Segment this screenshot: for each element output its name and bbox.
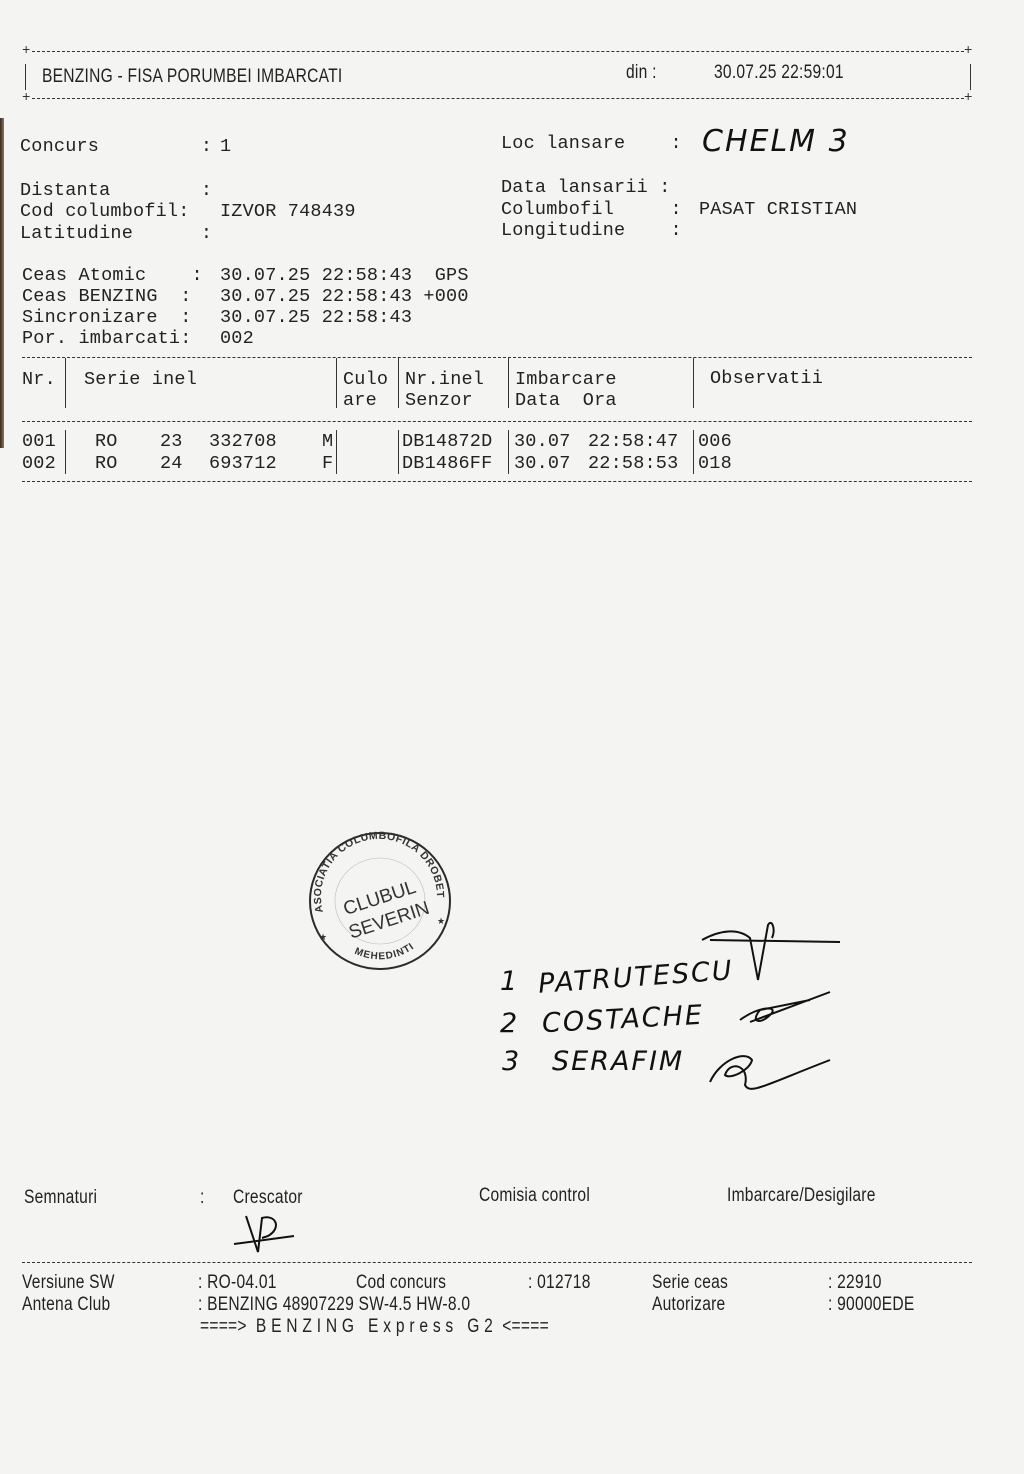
cell-sex: M [322, 431, 333, 453]
header-left-border [25, 64, 26, 90]
loc-lansare-label: Loc lansare : [501, 133, 682, 155]
cell-data: 30.07 [514, 453, 571, 475]
document-title: BENZING - FISA PORUMBEI IMBARCATI [42, 66, 342, 88]
col-sep [398, 358, 399, 408]
cod-columbofil-label: Cod columbofil: [20, 201, 190, 223]
concurs-label: Concurs : [20, 136, 212, 158]
hw-name-serafim: SERAFIM [552, 1046, 684, 1077]
col-sep [65, 358, 66, 408]
col-header-nr-inel: Nr.inel [405, 369, 484, 391]
longitudine-label: Longitudine : [501, 220, 682, 242]
svg-text:★: ★ [437, 916, 445, 926]
semnaturi-separator: : [200, 1187, 205, 1209]
loc-lansare-handwritten: CHELM 3 [702, 124, 850, 159]
concurs-value: 1 [220, 136, 231, 158]
cell-year: 23 [160, 431, 183, 453]
ceas-benzing-value: 30.07.25 22:58:43 +000 [220, 286, 469, 308]
cell-country: RO [95, 431, 118, 453]
cod-columbofil-value: IZVOR 748439 [220, 201, 356, 223]
col-header-senzor: Senzor [405, 390, 473, 412]
col-header-nr: Nr. [22, 369, 56, 391]
print-date: 30.07.25 22:59:01 [714, 62, 844, 84]
paper-edge [0, 118, 4, 448]
por-imbarcati-label: Por. imbarcati: [22, 328, 192, 350]
antena-club-value: : BENZING 48907229 SW-4.5 HW-8.0 [198, 1294, 470, 1316]
cell-year: 24 [160, 453, 183, 475]
ceas-atomic-label: Ceas Atomic : [22, 265, 203, 287]
crescator-signature [228, 1212, 308, 1262]
col-header-serie-inel: Serie inel [84, 369, 197, 391]
header-top-border [32, 51, 964, 52]
box-corner: + [22, 44, 30, 58]
svg-text:MEHEDINTI: MEHEDINTI [353, 941, 417, 962]
box-corner: + [964, 91, 972, 105]
por-imbarcati-value: 002 [220, 328, 254, 350]
commission-signatures [690, 910, 850, 1100]
club-stamp: ASOCIATIA COLUMBOFILA DROBETA MEHEDINTI … [305, 828, 455, 974]
cell-observatii: 018 [698, 453, 732, 475]
cell-country: RO [95, 453, 118, 475]
benzing-express-banner: ====> B E N Z I N G E x p r e s s G 2 <=… [200, 1316, 549, 1338]
cell-ora: 22:58:53 [588, 453, 678, 475]
hw-name-costache: COSTACHE [541, 1000, 704, 1039]
col-header-culoare-2: are [343, 390, 377, 412]
cell-nr: 002 [22, 453, 56, 475]
col-header-observatii: Observatii [710, 368, 823, 390]
cell-senzor: DB1486FF [402, 453, 492, 475]
table-top-border [22, 357, 972, 358]
sincronizare-label: Sincronizare : [22, 307, 192, 329]
cell-senzor: DB14872D [402, 431, 492, 453]
columbofil-value: PASAT CRISTIAN [699, 199, 857, 221]
crescator-label: Crescator [233, 1187, 303, 1209]
autorizare-label: Autorizare [652, 1294, 725, 1316]
serie-ceas-label: Serie ceas [652, 1272, 728, 1294]
cell-ring: 693712 [209, 453, 277, 475]
versiune-sw-label: Versiune SW [22, 1272, 115, 1294]
semnaturi-label: Semnaturi [24, 1187, 97, 1209]
cell-data: 30.07 [514, 431, 571, 453]
col-header-culoare: Culo [343, 369, 388, 391]
stamp-bottom-text: MEHEDINTI [353, 941, 417, 962]
col-sep [65, 430, 66, 474]
cell-sex: F [322, 453, 333, 475]
sincronizare-value: 30.07.25 22:58:43 [220, 307, 412, 329]
columbofil-label: Columbofil : [501, 199, 682, 221]
print-date-label: din : [626, 62, 657, 84]
data-lansarii-label: Data lansarii : [501, 177, 671, 199]
table-bottom-border [22, 481, 972, 482]
hw-num: 3 [502, 1046, 521, 1077]
col-header-data-ora: Data Ora [515, 390, 617, 412]
col-sep [508, 358, 509, 408]
antena-club-label: Antena Club [22, 1294, 110, 1316]
box-corner: + [22, 91, 30, 105]
latitudine-label: Latitudine : [20, 223, 212, 245]
header-right-border [970, 64, 971, 90]
comisia-control-label: Comisia control [479, 1185, 590, 1207]
hw-num: 1 [500, 966, 519, 997]
col-sep [693, 430, 694, 474]
cod-concurs-value: : 012718 [528, 1272, 591, 1294]
cell-ring: 332708 [209, 431, 277, 453]
versiune-sw-value: : RO-04.01 [198, 1272, 277, 1294]
cod-concurs-label: Cod concurs [356, 1272, 446, 1294]
cell-nr: 001 [22, 431, 56, 453]
table-header-border [22, 421, 972, 422]
autorizare-value: : 90000EDE [828, 1294, 914, 1316]
col-sep [508, 430, 509, 474]
serie-ceas-value: : 22910 [828, 1272, 882, 1294]
distanta-label: Distanta : [20, 180, 212, 202]
col-sep [398, 430, 399, 474]
col-sep [693, 358, 694, 408]
col-header-imbarcare: Imbarcare [515, 369, 617, 391]
footer-divider [22, 1262, 972, 1263]
svg-text:★: ★ [319, 932, 327, 942]
ceas-atomic-value: 30.07.25 22:58:43 GPS [220, 265, 469, 287]
ceas-benzing-label: Ceas BENZING : [22, 286, 192, 308]
box-corner: + [964, 44, 972, 58]
col-sep [336, 358, 337, 408]
col-sep [336, 430, 337, 474]
imbarcare-desigilare-label: Imbarcare/Desigilare [727, 1185, 876, 1207]
cell-ora: 22:58:47 [588, 431, 678, 453]
hw-num: 2 [500, 1008, 519, 1039]
header-bottom-border [32, 98, 964, 99]
cell-observatii: 006 [698, 431, 732, 453]
